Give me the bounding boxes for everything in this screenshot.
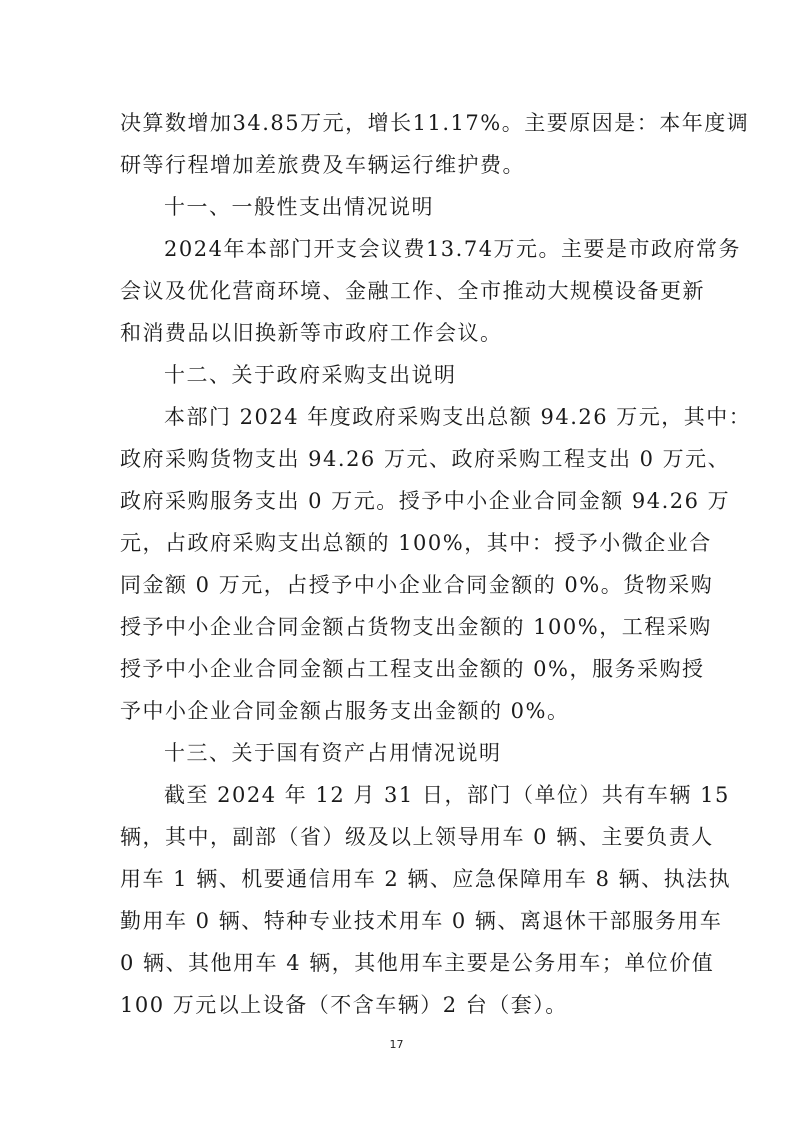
- page-number: 17: [0, 1038, 793, 1051]
- text-line: 会议及优化营商环境、金融工作、全市推动大规模设备更新: [120, 270, 676, 312]
- text-line: 授予中小企业合同金额占工程支出金额的 0%，服务采购授: [120, 648, 676, 690]
- text-line: 同金额 0 万元，占授予中小企业合同金额的 0%。货物采购: [120, 564, 676, 606]
- text-line: 2024年本部门开支会议费13.74万元。主要是市政府常务: [120, 228, 676, 270]
- text-line: 辆，其中，副部（省）级及以上领导用车 0 辆、主要负责人: [120, 816, 676, 858]
- text-line: 0 辆、其他用车 4 辆，其他用车主要是公务用车；单位价值: [120, 942, 676, 984]
- text-line: 予中小企业合同金额占服务支出金额的 0%。: [120, 690, 676, 732]
- text-line: 截至 2024 年 12 月 31 日，部门（单位）共有车辆 15: [120, 774, 676, 816]
- text-line: 本部门 2024 年度政府采购支出总额 94.26 万元，其中：: [120, 396, 676, 438]
- section-heading-13: 十三、关于国有资产占用情况说明: [120, 732, 676, 774]
- section-heading-11: 十一、一般性支出情况说明: [120, 186, 676, 228]
- text-line: 研等行程增加差旅费及车辆运行维护费。: [120, 144, 676, 186]
- document-page: 决算数增加34.85万元，增长11.17%。主要原因是：本年度调 研等行程增加差…: [120, 102, 676, 1026]
- text-line: 授予中小企业合同金额占货物支出金额的 100%，工程采购: [120, 606, 676, 648]
- text-line: 和消费品以旧换新等市政府工作会议。: [120, 312, 676, 354]
- text-line: 政府采购货物支出 94.26 万元、政府采购工程支出 0 万元、: [120, 438, 676, 480]
- text-line: 政府采购服务支出 0 万元。授予中小企业合同金额 94.26 万: [120, 480, 676, 522]
- section-heading-12: 十二、关于政府采购支出说明: [120, 354, 676, 396]
- text-line: 元，占政府采购支出总额的 100%，其中：授予小微企业合: [120, 522, 676, 564]
- text-line: 用车 1 辆、机要通信用车 2 辆、应急保障用车 8 辆、执法执: [120, 858, 676, 900]
- text-line: 100 万元以上设备（不含车辆）2 台（套）。: [120, 984, 676, 1026]
- text-line: 勤用车 0 辆、特种专业技术用车 0 辆、离退休干部服务用车: [120, 900, 676, 942]
- text-line: 决算数增加34.85万元，增长11.17%。主要原因是：本年度调: [120, 102, 676, 144]
